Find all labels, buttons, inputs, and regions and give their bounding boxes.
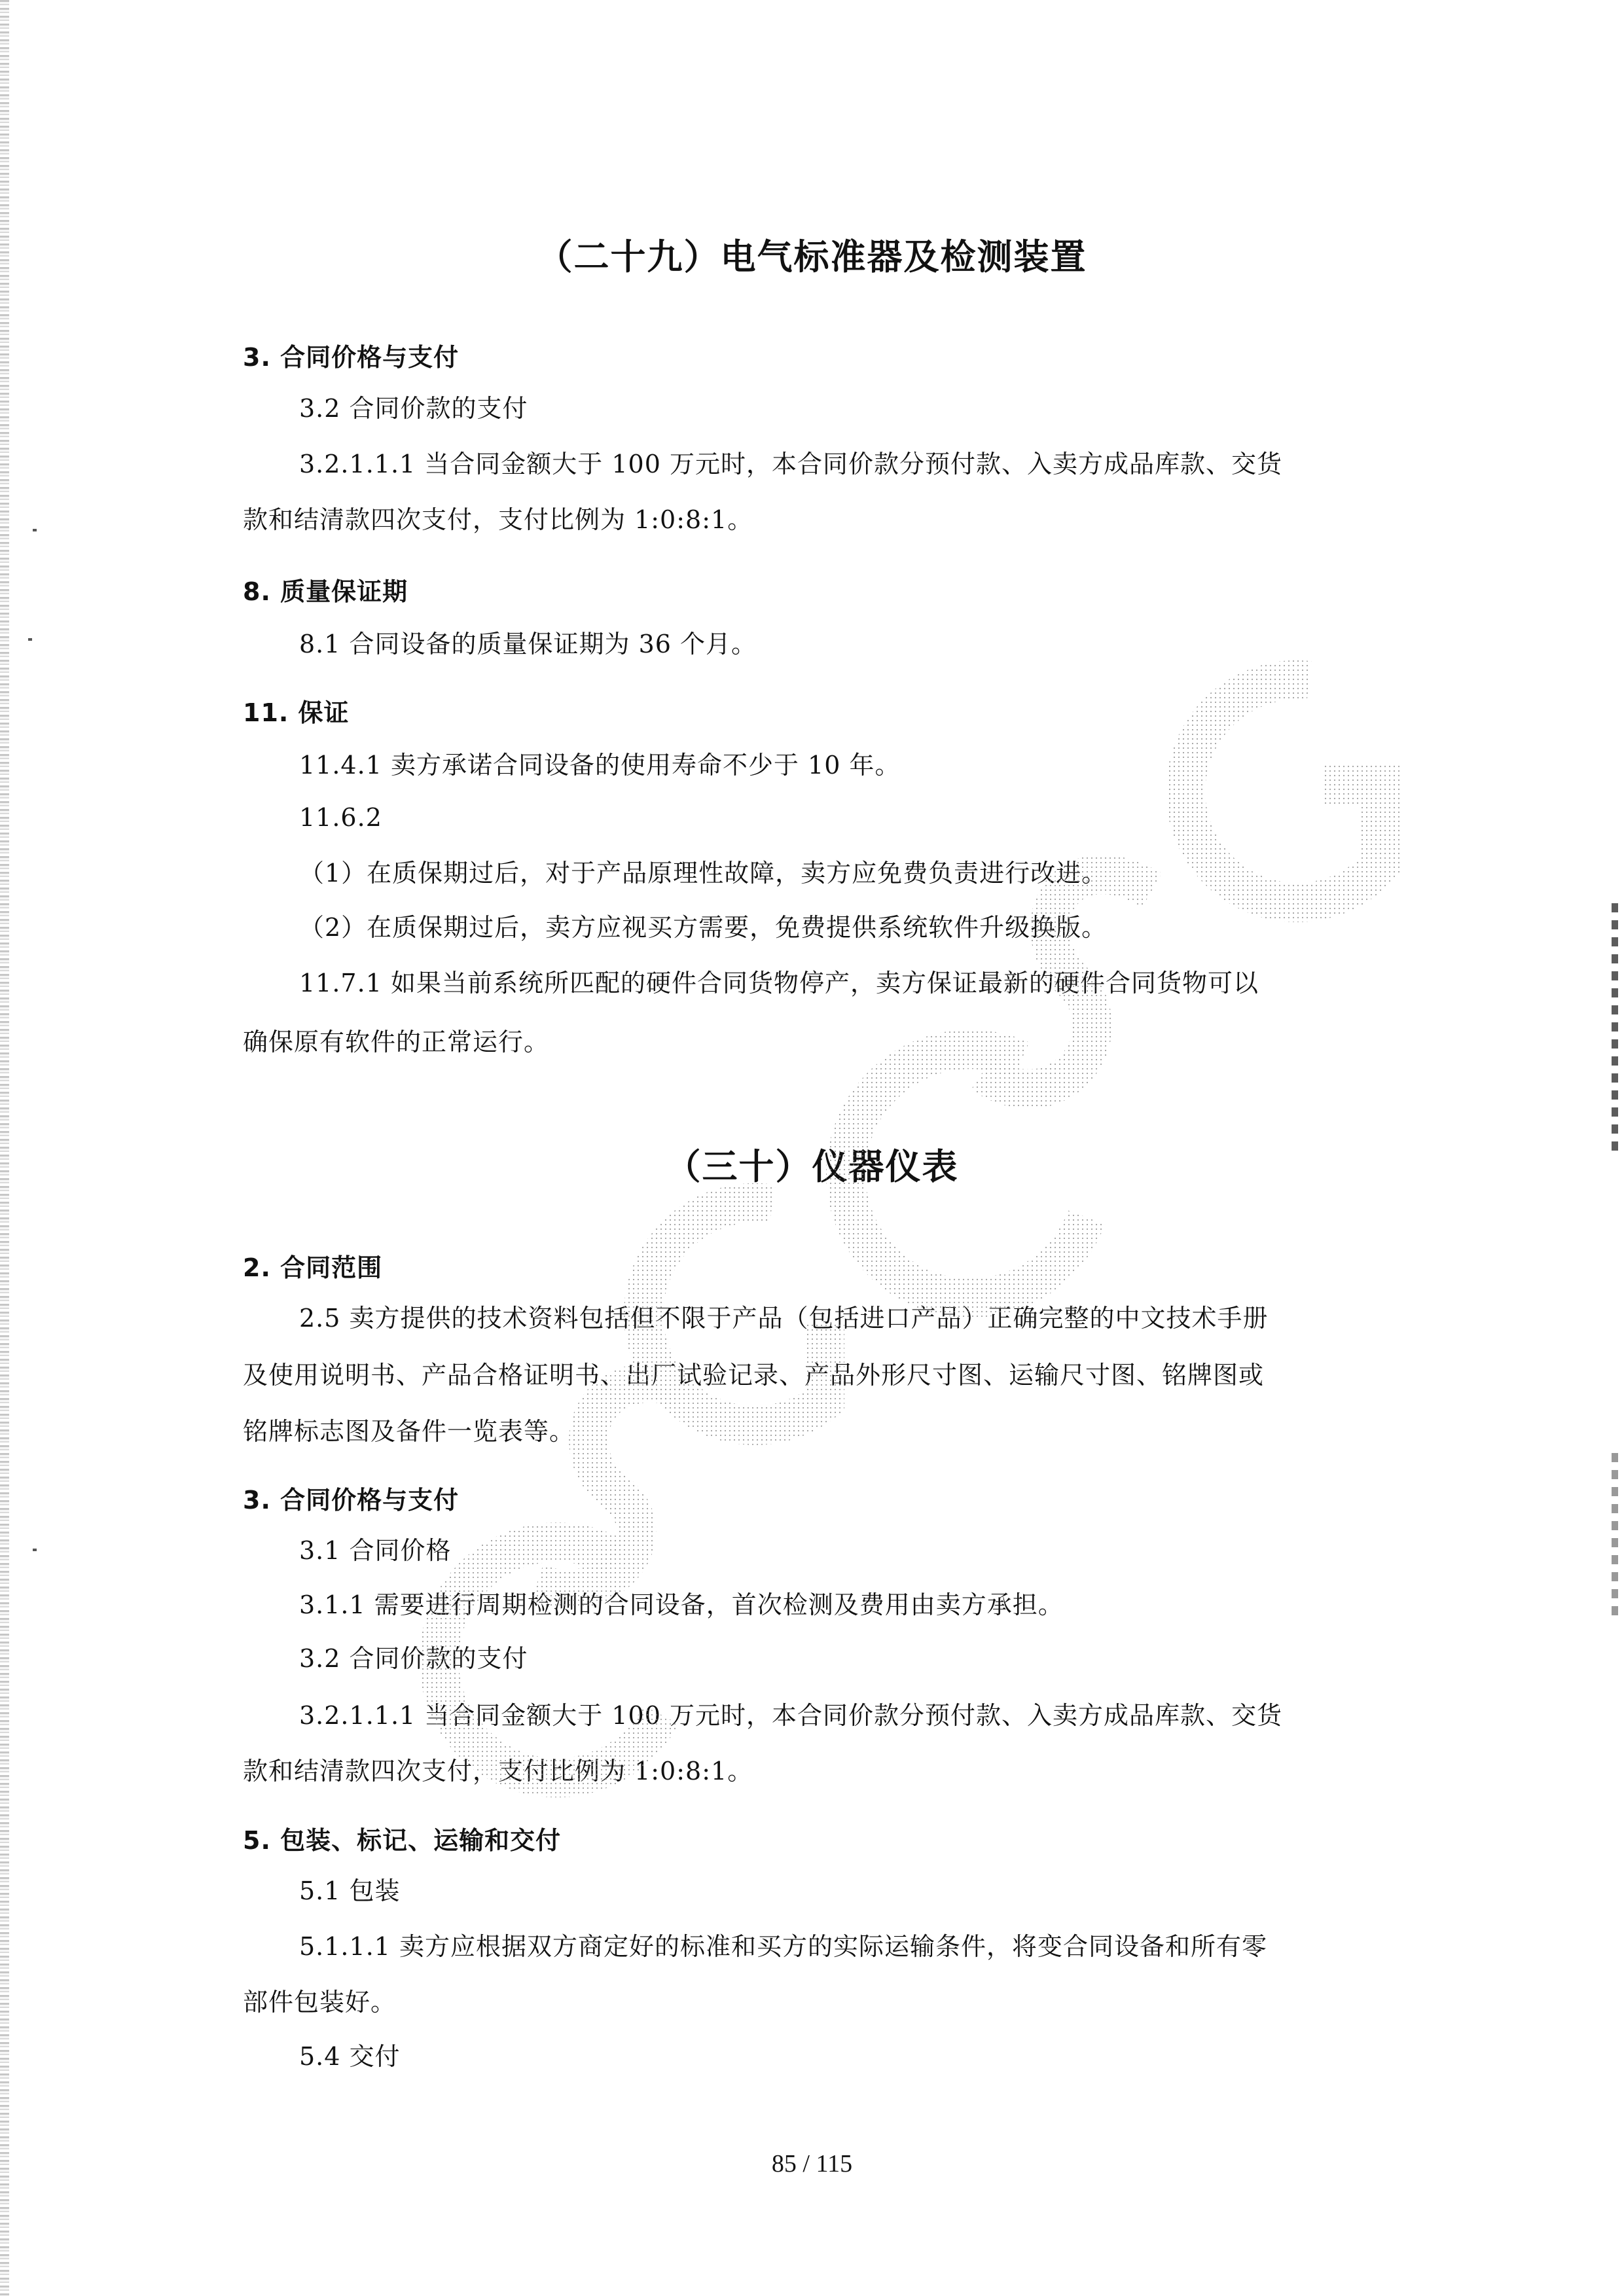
scan-speck (33, 529, 37, 531)
clause-subheading: 5.1 包装 (299, 1875, 401, 1907)
clause-paragraph: 3.2.1.1.1 当合同金额大于 100 万元时，本合同价款分预付款、入卖方成… (299, 448, 1282, 480)
clause-paragraph-cont: 款和结清款四次支付，支付比例为 1:0:8:1。 (243, 1755, 753, 1787)
clause-paragraph: 2.5 卖方提供的技术资料包括但不限于产品（包括进口产品）正确完整的中文技术手册 (299, 1302, 1269, 1334)
clause-paragraph: 3.2.1.1.1 当合同金额大于 100 万元时，本合同价款分预付款、入卖方成… (299, 1700, 1282, 1731)
clause-heading: 11. 保证 (243, 697, 350, 728)
clause-paragraph: 11.7.1 如果当前系统所匹配的硬件合同货物停产，卖方保证最新的硬件合同货物可… (299, 967, 1259, 999)
clause-subheading: 3.1 合同价格 (299, 1535, 452, 1566)
clause-paragraph-cont: 款和结清款四次支付，支付比例为 1:0:8:1。 (243, 504, 753, 535)
clause-heading: 3. 合同价格与支付 (243, 1484, 459, 1516)
clause-subheading: 3.1.1 需要进行周期检测的合同设备，首次检测及费用由卖方承担。 (299, 1589, 1064, 1621)
scan-bleed-artifact (1612, 903, 1618, 1152)
clause-item: （1）在质保期过后，对于产品原理性故障，卖方应免费负责进行改进。 (299, 857, 1107, 889)
clause-subheading: 8.1 合同设备的质量保证期为 36 个月。 (299, 628, 757, 660)
document-page: （二十九）电气标准器及检测装置 3. 合同价格与支付 3.2 合同价款的支付 3… (0, 0, 1624, 2296)
clause-item: （2）在质保期过后，卖方应视买方需要，免费提供系统软件升级换版。 (299, 912, 1107, 943)
clause-subheading: 5.4 交付 (299, 2041, 401, 2072)
clause-heading: 3. 合同价格与支付 (243, 342, 459, 373)
page-number: 85 / 115 (0, 2149, 1624, 2178)
clause-subheading: 11.4.1 卖方承诺合同设备的使用寿命不少于 10 年。 (299, 749, 900, 781)
clause-paragraph-cont: 铭牌标志图及备件一览表等。 (243, 1416, 575, 1447)
clause-paragraph-cont: 确保原有软件的正常运行。 (243, 1026, 549, 1058)
clause-heading: 5. 包装、标记、运输和交付 (243, 1825, 561, 1856)
clause-subheading: 11.6.2 (299, 802, 382, 833)
clause-paragraph-cont: 及使用说明书、产品合格证明书、出厂试验记录、产品外形尺寸图、运输尺寸图、铭牌图或 (243, 1359, 1264, 1391)
clause-subheading: 3.2 合同价款的支付 (299, 1643, 528, 1674)
scan-bleed-artifact (1612, 1453, 1618, 1623)
scan-speck (28, 638, 32, 641)
clause-paragraph: 5.1.1.1 卖方应根据双方商定好的标准和买方的实际运输条件，将变合同设备和所… (299, 1931, 1267, 1962)
clause-subheading: 3.2 合同价款的支付 (299, 393, 528, 424)
section-title-29: （二十九）电气标准器及检测装置 (0, 229, 1624, 279)
section-title-30: （三十）仪器仪表 (0, 1139, 1624, 1189)
clause-heading: 2. 合同范围 (243, 1252, 382, 1283)
clause-paragraph-cont: 部件包装好。 (243, 1986, 396, 2018)
scan-speck (33, 1549, 37, 1551)
clause-heading: 8. 质量保证期 (243, 576, 408, 607)
